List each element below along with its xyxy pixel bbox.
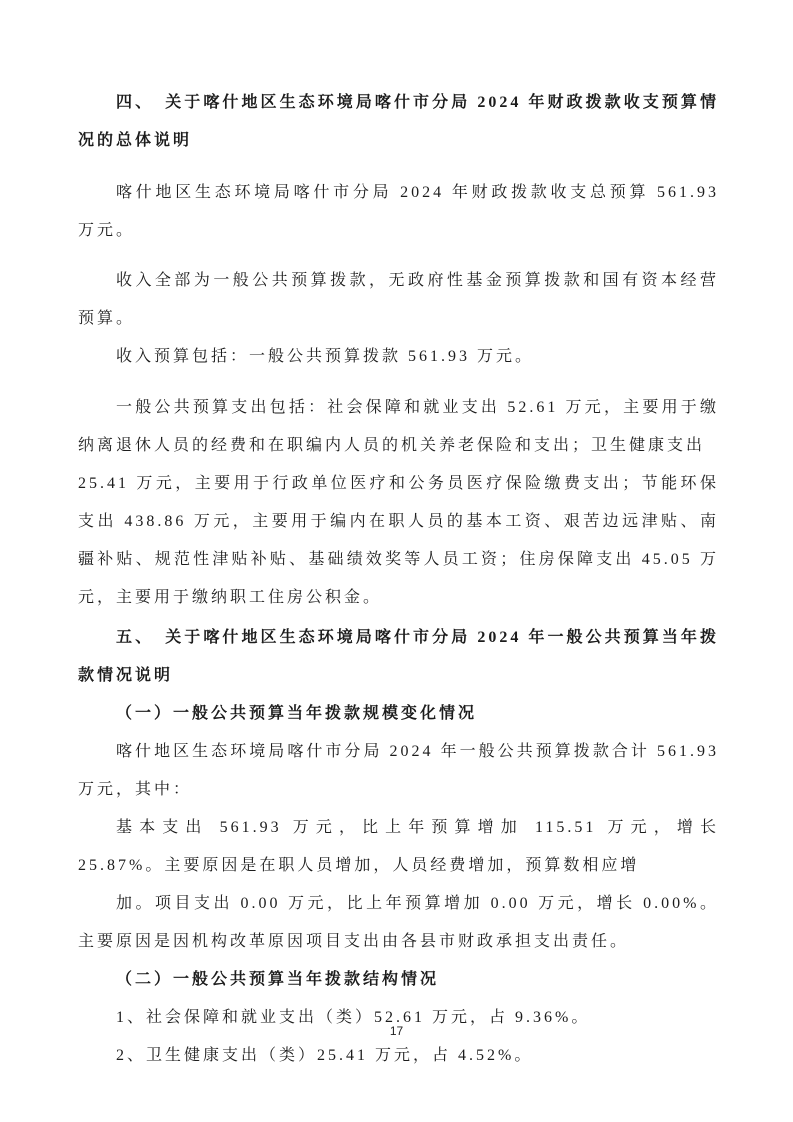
section-5-paragraph-3: 加。项目支出 0.00 万元，比上年预算增加 0.00 万元，增长 0.00%。… bbox=[78, 885, 719, 961]
document-page: 四、 关于喀什地区生态环境局喀什市分局 2024 年财政拨款收支预算情况的总体说… bbox=[0, 0, 793, 1122]
section-5-heading: 五、 关于喀什地区生态环境局喀什市分局 2024 年一般公共预算当年拨款情况说明 bbox=[78, 619, 719, 695]
section-5-sub-1-heading: （一）一般公共预算当年拨款规模变化情况 bbox=[78, 695, 719, 733]
page-number: 17 bbox=[0, 1024, 793, 1038]
section-4-heading: 四、 关于喀什地区生态环境局喀什市分局 2024 年财政拨款收支预算情况的总体说… bbox=[78, 84, 719, 160]
section-4-paragraph-1: 喀什地区生态环境局喀什市分局 2024 年财政拨款收支总预算 561.93 万元… bbox=[78, 174, 719, 250]
section-5-list-item-2: 2、卫生健康支出（类）25.41 万元，占 4.52%。 bbox=[78, 1037, 719, 1075]
section-4-paragraph-4b: 25.41 万元，主要用于行政单位医疗和公务员医疗保险缴费支出；节能环保支出 4… bbox=[78, 465, 719, 617]
section-5-paragraph-1: 喀什地区生态环境局喀什市分局 2024 年一般公共预算拨款合计 561.93 万… bbox=[78, 733, 719, 809]
section-4-paragraph-4a: 一般公共预算支出包括：社会保障和就业支出 52.61 万元，主要用于缴纳离退休人… bbox=[78, 389, 719, 465]
document-body: 四、 关于喀什地区生态环境局喀什市分局 2024 年财政拨款收支预算情况的总体说… bbox=[78, 84, 719, 1075]
section-4-paragraph-3: 收入预算包括：一般公共预算拨款 561.93 万元。 bbox=[78, 338, 719, 376]
section-5-paragraph-2: 基本支出 561.93 万元，比上年预算增加 115.51 万元，增长 25.8… bbox=[78, 809, 719, 885]
section-4-paragraph-2: 收入全部为一般公共预算拨款，无政府性基金预算拨款和国有资本经营预算。 bbox=[78, 262, 719, 338]
section-5-sub-2-heading: （二）一般公共预算当年拨款结构情况 bbox=[78, 961, 719, 999]
